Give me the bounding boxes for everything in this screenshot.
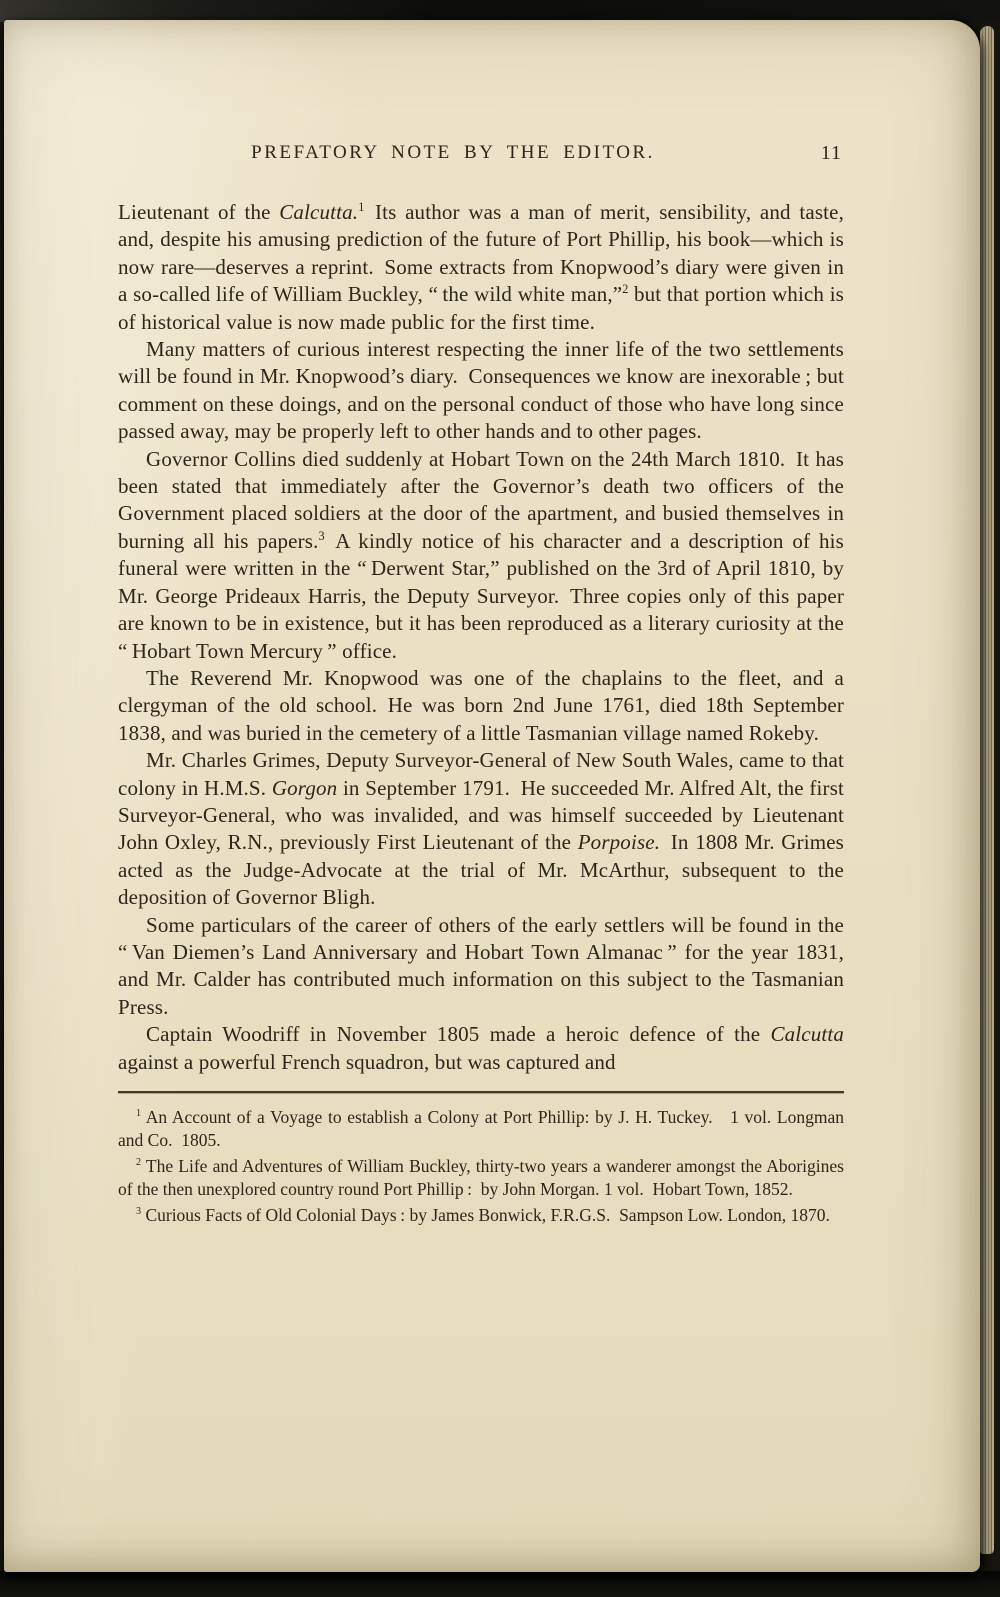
- paragraph-6: Some particulars of the career of others…: [118, 912, 844, 1022]
- book-binding-bottom: [0, 1571, 1000, 1597]
- paragraph-5: Mr. Charles Grimes, Deputy Surveyor-Gene…: [118, 747, 844, 911]
- text-segment: Some particulars of the career of others…: [118, 913, 844, 1019]
- running-header: PREFATORY NOTE BY THE EDITOR. 11: [118, 142, 844, 168]
- body-text: Lieutenant of the Calcutta.1 Its author …: [118, 199, 844, 1076]
- text-segment: against a powerful French squadron, but …: [118, 1050, 616, 1074]
- book-page: PREFATORY NOTE BY THE EDITOR. 11 Lieuten…: [4, 20, 980, 1572]
- paragraph-2: Many matters of curious interest respect…: [118, 336, 844, 446]
- text-segment: Lieutenant of the: [118, 200, 279, 224]
- text-segment: Curious Facts of Old Colonial Days : by …: [141, 1205, 830, 1225]
- footnote-3: 3 Curious Facts of Old Colonial Days : b…: [118, 1204, 844, 1227]
- page-title: PREFATORY NOTE BY THE EDITOR.: [251, 142, 655, 164]
- text-segment: Captain Woodriff in November 1805 made a…: [146, 1022, 770, 1046]
- italic-text-segment: Gorgon: [272, 776, 337, 800]
- page-content: PREFATORY NOTE BY THE EDITOR. 11 Lieuten…: [118, 142, 844, 1230]
- paragraph-4: The Reverend Mr. Knopwood was one of the…: [118, 665, 844, 747]
- italic-text-segment: Calcutta: [770, 1022, 844, 1046]
- text-segment: The Reverend Mr. Knopwood was one of the…: [118, 666, 844, 745]
- scanned-book-page: PREFATORY NOTE BY THE EDITOR. 11 Lieuten…: [0, 0, 1000, 1597]
- footnote-divider: [118, 1091, 844, 1093]
- footnotes: 1 An Account of a Voyage to establish a …: [118, 1106, 844, 1227]
- page-edge-stack: [980, 26, 994, 1554]
- footnote-2: 2 The Life and Adventures of William Buc…: [118, 1155, 844, 1201]
- footnote-1: 1 An Account of a Voyage to establish a …: [118, 1106, 844, 1152]
- italic-text-segment: Porpoise.: [578, 830, 660, 854]
- text-segment: Many matters of curious interest respect…: [118, 337, 844, 443]
- paragraph-3: Governor Collins died suddenly at Hobart…: [118, 446, 844, 665]
- page-number: 11: [821, 142, 842, 165]
- book-binding-top: [0, 0, 1000, 22]
- paragraph-1: Lieutenant of the Calcutta.1 Its author …: [118, 199, 844, 336]
- text-segment: The Life and Adventures of William Buckl…: [118, 1156, 844, 1199]
- paragraph-7: Captain Woodriff in November 1805 made a…: [118, 1021, 844, 1076]
- italic-text-segment: Calcutta.: [279, 200, 358, 224]
- text-segment: An Account of a Voyage to establish a Co…: [118, 1107, 844, 1150]
